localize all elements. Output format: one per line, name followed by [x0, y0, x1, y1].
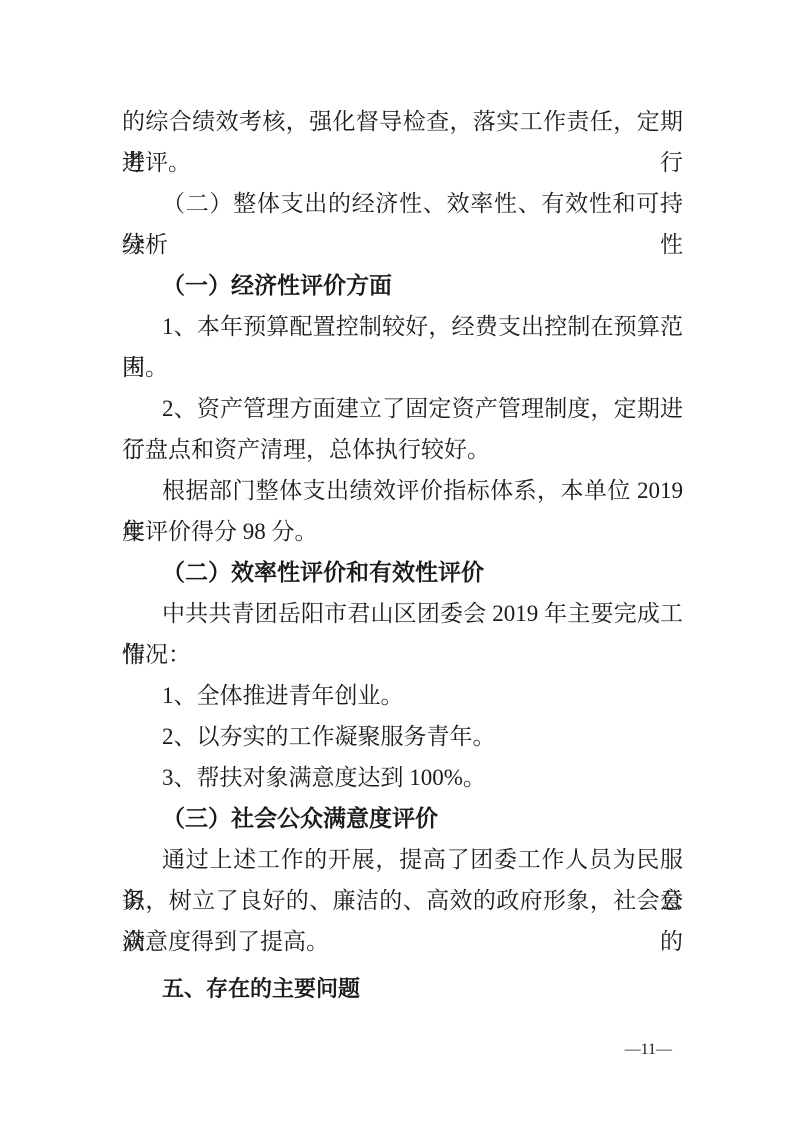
document-page: 的综合绩效考核，强化督导检查，落实工作责任，定期进行考评。（二）整体支出的经济性…: [0, 0, 793, 1122]
text-line: 识，树立了良好的、廉洁的、高效的政府形象，社会公众的: [122, 880, 683, 921]
para-evaluation-score: 根据部门整体支出绩效评价指标体系，本单位 2019 年度评价得分 98 分。: [122, 470, 683, 552]
text-line: （三）社会公众满意度评价: [122, 798, 683, 839]
text-line: 根据部门整体支出绩效评价指标体系，本单位 2019 年: [122, 470, 683, 511]
para-budget-control: 1、本年预算配置控制较好，经费支出控制在预算范围内。: [122, 306, 683, 388]
heading-economy-evaluation: （一）经济性评价方面: [122, 265, 683, 306]
para-continuation-assessment: 的综合绩效考核，强化督导检查，落实工作责任，定期进行考评。: [122, 101, 683, 183]
text-line: 情况：: [122, 634, 683, 675]
text-line: 内。: [122, 347, 683, 388]
page-number: —11—: [625, 1041, 672, 1059]
text-line: 1、本年预算配置控制较好，经费支出控制在预算范围: [122, 306, 683, 347]
text-line: 1、全体推进青年创业。: [122, 675, 683, 716]
heading-public-satisfaction: （三）社会公众满意度评价: [122, 798, 683, 839]
para-public-satisfaction-result: 通过上述工作的开展，提高了团委工作人员为民服务意识，树立了良好的、廉洁的、高效的…: [122, 839, 683, 962]
text-line: 了盘点和资产清理，总体执行较好。: [122, 429, 683, 470]
text-line: 3、帮扶对象满意度达到 100%。: [122, 757, 683, 798]
text-line: 中共共青团岳阳市君山区团委会 2019 年主要完成工作: [122, 593, 683, 634]
para-overall-expenditure-analysis: （二）整体支出的经济性、效率性、有效性和可持续性分析: [122, 183, 683, 265]
text-line: 的综合绩效考核，强化督导检查，落实工作责任，定期进行: [122, 101, 683, 142]
text-line: （二）效率性评价和有效性评价: [122, 552, 683, 593]
para-league-committee-work: 中共共青团岳阳市君山区团委会 2019 年主要完成工作情况：: [122, 593, 683, 675]
para-asset-management: 2、资产管理方面建立了固定资产管理制度，定期进行了盘点和资产清理，总体执行较好。: [122, 388, 683, 470]
heading-efficiency-effectiveness: （二）效率性评价和有效性评价: [122, 552, 683, 593]
text-line: 通过上述工作的开展，提高了团委工作人员为民服务意: [122, 839, 683, 880]
text-line: 2、以夯实的工作凝聚服务青年。: [122, 716, 683, 757]
text-line: 2、资产管理方面建立了固定资产管理制度，定期进行: [122, 388, 683, 429]
text-line: （二）整体支出的经济性、效率性、有效性和可持续性: [122, 183, 683, 224]
text-line: （一）经济性评价方面: [122, 265, 683, 306]
heading-main-problems: 五、存在的主要问题: [122, 968, 683, 1009]
text-line: 度评价得分 98 分。: [122, 511, 683, 552]
text-line: 五、存在的主要问题: [122, 968, 683, 1009]
document-content: 的综合绩效考核，强化督导检查，落实工作责任，定期进行考评。（二）整体支出的经济性…: [122, 101, 683, 1009]
para-item-youth-entrepreneurship: 1、全体推进青年创业。: [122, 675, 683, 716]
para-item-serve-youth: 2、以夯实的工作凝聚服务青年。: [122, 716, 683, 757]
para-item-satisfaction-100: 3、帮扶对象满意度达到 100%。: [122, 757, 683, 798]
